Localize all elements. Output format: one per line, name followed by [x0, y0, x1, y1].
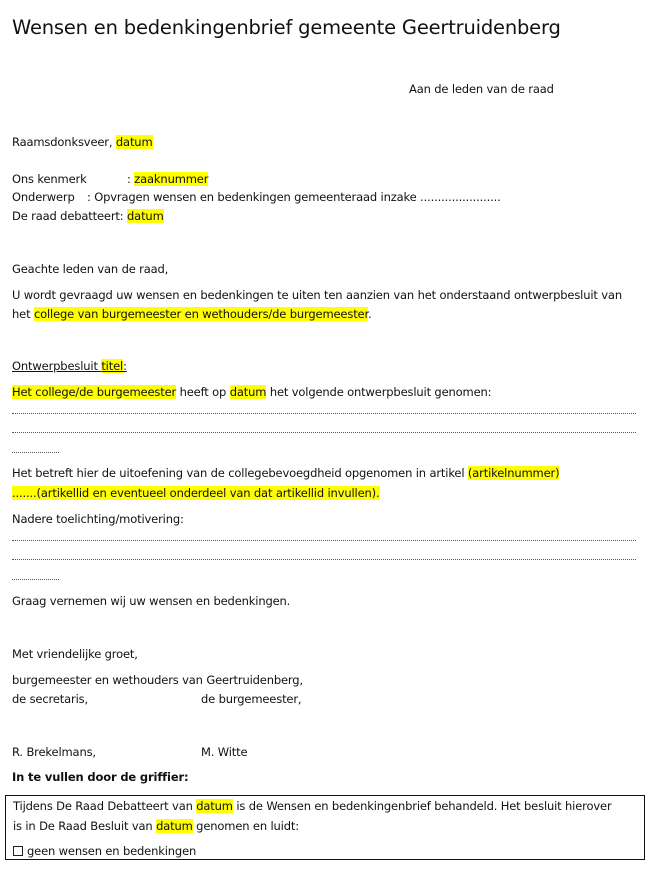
- title-placeholder[interactable]: titel: [101, 359, 123, 373]
- kenmerk-value[interactable]: zaaknummer: [134, 172, 208, 186]
- intro-line-2: het college van burgemeester en wethoude…: [12, 307, 372, 321]
- debat-date-placeholder[interactable]: datum: [196, 799, 233, 813]
- toelichting-label: Nadere toelichting/motivering:: [12, 512, 184, 526]
- heading-colon: :: [123, 359, 127, 373]
- debat-label: De raad debatteert:: [12, 209, 127, 223]
- checkbox-icon[interactable]: [13, 846, 23, 856]
- fill-in-line[interactable]: [12, 559, 636, 560]
- ontwerpbesluit-heading: Ontwerpbesluit titel:: [12, 359, 127, 373]
- debat-date[interactable]: datum: [127, 209, 164, 223]
- griffier-line1-suffix: is de Wensen en bedenkingenbrief behande…: [233, 799, 612, 813]
- line-mid: heeft op: [176, 385, 230, 399]
- intro-line-1: U wordt gevraagd uw wensen en bedenkinge…: [12, 288, 622, 302]
- artikel-line-2: .......(artikellid en eventueel onderdee…: [12, 486, 380, 500]
- intro-suffix: .: [368, 307, 372, 321]
- griffier-line2-prefix: is in De Raad Besluit van: [13, 819, 156, 833]
- closing-request: Graag vernemen wij uw wensen en bedenkin…: [12, 594, 290, 608]
- griffier-line-2: is in De Raad Besluit van datum genomen …: [13, 819, 299, 833]
- artikellid-placeholder[interactable]: .......(artikellid en eventueel onderdee…: [12, 486, 380, 500]
- debat-line: De raad debatteert: datum: [12, 209, 164, 223]
- fill-in-line[interactable]: [12, 579, 59, 580]
- onderwerp-value: : Opvragen wensen en bedenkingen gemeent…: [87, 190, 501, 204]
- option-geen-wensen[interactable]: geen wensen en bedenkingen: [13, 844, 196, 858]
- secretary-name: R. Brekelmans,: [12, 745, 96, 759]
- date-placeholder[interactable]: datum: [116, 135, 153, 149]
- option-label: geen wensen en bedenkingen: [27, 844, 196, 858]
- salutation: Geachte leden van de raad,: [12, 262, 168, 276]
- griffier-heading: In te vullen door de griffier:: [12, 770, 188, 784]
- signatory-body: burgemeester en wethouders van Geertruid…: [12, 673, 303, 687]
- greeting: Met vriendelijke groet,: [12, 647, 138, 661]
- mayor-role: de burgemeester,: [201, 692, 301, 706]
- document-title: Wensen en bedenkingenbrief gemeente Geer…: [12, 16, 561, 39]
- fill-in-line[interactable]: [12, 452, 59, 453]
- griffier-line1-prefix: Tijdens De Raad Debatteert van: [13, 799, 196, 813]
- kenmerk-line: : zaaknummer: [127, 172, 208, 186]
- kenmerk-label: Ons kenmerk: [12, 172, 87, 186]
- secretary-role: de secretaris,: [12, 692, 88, 706]
- besluit-date-placeholder[interactable]: datum: [156, 819, 193, 833]
- authority-placeholder-2[interactable]: Het college/de burgemeester: [12, 385, 176, 399]
- ontwerpbesluit-line: Het college/de burgemeester heeft op dat…: [12, 385, 491, 399]
- artikelnummer-placeholder[interactable]: (artikelnummer): [468, 466, 560, 480]
- fill-in-line[interactable]: [12, 413, 636, 414]
- griffier-line2-suffix: genomen en luidt:: [193, 819, 299, 833]
- artikel-line-1: Het betreft hier de uitoefening van de c…: [12, 466, 559, 480]
- onderwerp-label: Onderwerp: [12, 190, 75, 204]
- addressee: Aan de leden van de raad: [409, 82, 554, 96]
- place-date-line: Raamsdonksveer, datum: [12, 135, 153, 149]
- place-label: Raamsdonksveer,: [12, 135, 116, 149]
- mayor-name: M. Witte: [201, 745, 247, 759]
- artikel-prefix: Het betreft hier de uitoefening van de c…: [12, 466, 468, 480]
- decision-date-placeholder[interactable]: datum: [230, 385, 267, 399]
- griffier-line-1: Tijdens De Raad Debatteert van datum is …: [13, 799, 612, 813]
- fill-in-line[interactable]: [12, 432, 636, 433]
- heading-label: Ontwerpbesluit: [12, 359, 101, 373]
- authority-placeholder[interactable]: college van burgemeester en wethouders/d…: [34, 307, 368, 321]
- griffier-box: Tijdens De Raad Debatteert van datum is …: [5, 795, 645, 860]
- line-suffix: het volgende ontwerpbesluit genomen:: [266, 385, 491, 399]
- fill-in-line[interactable]: [12, 540, 636, 541]
- intro-prefix: het: [12, 307, 34, 321]
